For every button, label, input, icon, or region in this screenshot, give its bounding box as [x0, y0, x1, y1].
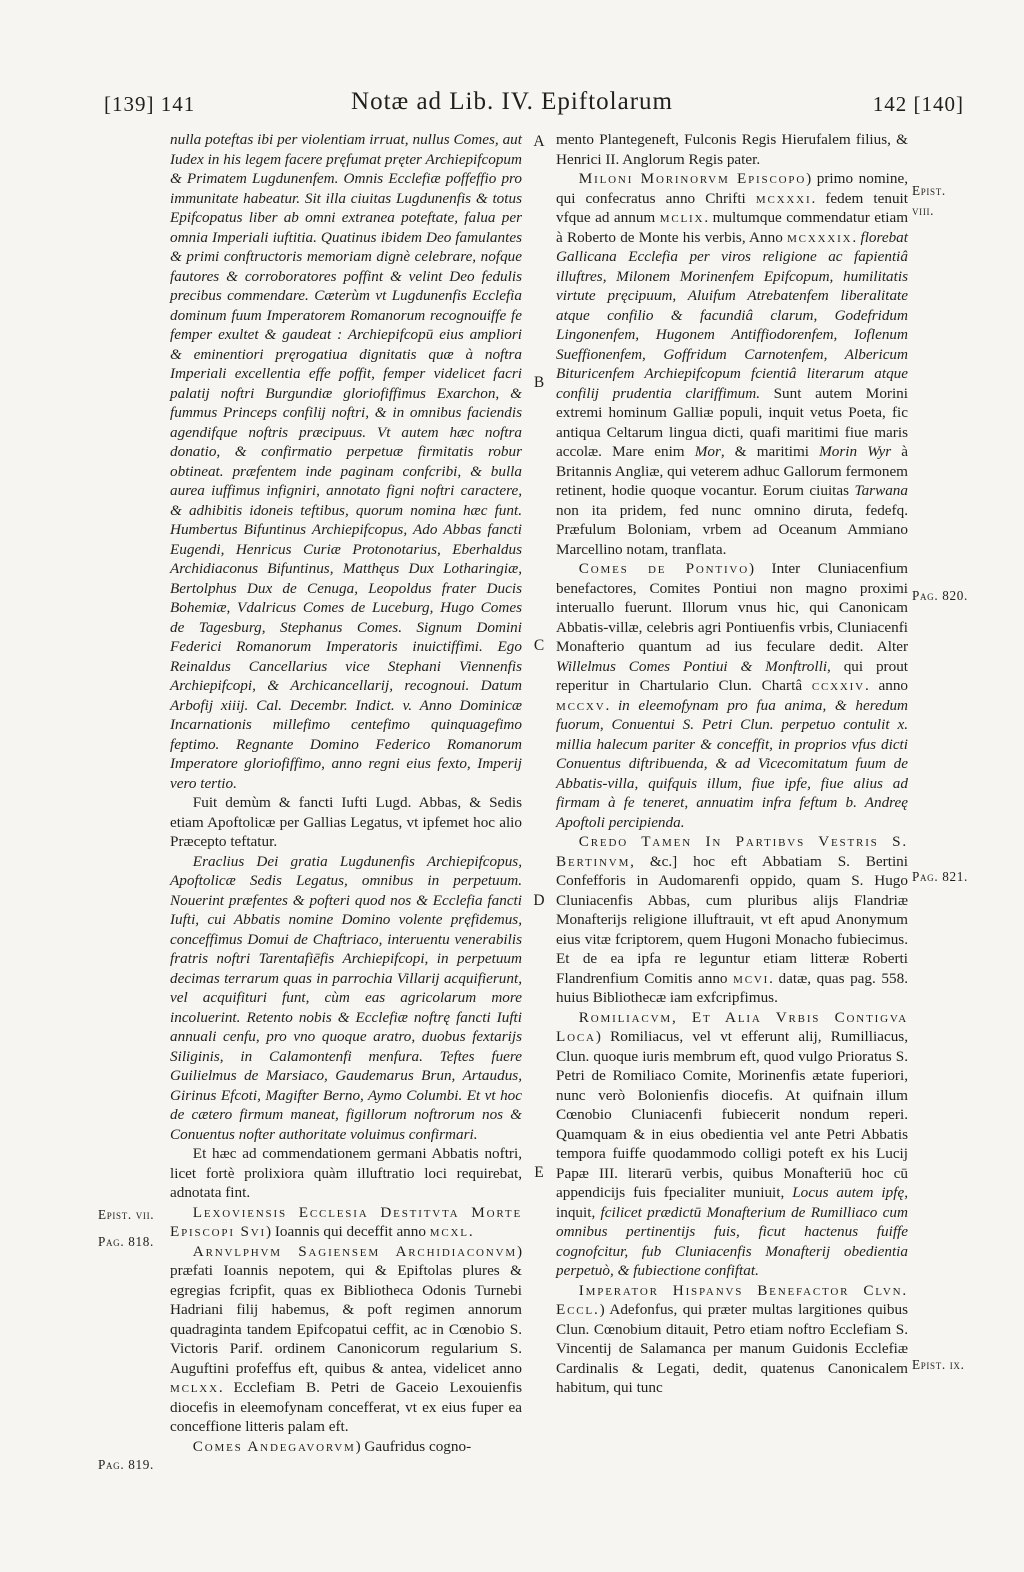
text-run: , & maritimi [721, 443, 819, 460]
text-run: florebat Gallicana Ecclefia per viros re… [556, 229, 908, 402]
lemma-heading: mcxxxix [787, 229, 852, 246]
paragraph: Et hæc ad commendationem germani Abbatis… [170, 1144, 522, 1203]
margin-note-2: Pag. 819. [98, 1457, 154, 1473]
paragraph: Comes Andegavorvm) Gaufridus cogno- [170, 1437, 522, 1457]
paragraph: Lexoviensis Ecclesia Destitvta Morte Epi… [170, 1203, 522, 1242]
text-run: Tarwana [855, 482, 908, 499]
margin-note-4: viii. [912, 203, 934, 219]
margin-note-5: Pag. 820. [912, 588, 968, 604]
text-run: Et hæc ad commendationem germani Abbatis… [170, 1145, 522, 1201]
paragraph: mento Plantegeneft, Fulconis Regis Hieru… [556, 130, 908, 169]
margin-note-6: Pag. 821. [912, 869, 968, 885]
text-run: . [469, 1223, 473, 1240]
text-run: Willelmus Comes Pontiui & Monftrolli [556, 658, 827, 675]
text-run: nulla poteftas ibi per violentiam irruat… [170, 131, 522, 792]
column-left: nulla poteftas ibi per violentiam irruat… [170, 130, 522, 1456]
paragraph: nulla poteftas ibi per violentiam irruat… [170, 130, 522, 793]
text-run: in eleemofynam pro fua anima, & heredum … [556, 697, 908, 831]
lemma-heading: Arnvlphvm Sagiensem Archidiaconvm [193, 1243, 517, 1260]
gutter-letter-d: D [528, 892, 550, 910]
margin-note-1: Pag. 818. [98, 1234, 154, 1250]
lemma-heading: mclix [660, 209, 705, 226]
lemma-heading: mcvi [733, 970, 769, 987]
lemma-heading: mcxl [430, 1223, 469, 1240]
margin-note-7: Epist. ix. [912, 1357, 965, 1373]
text-run: ) Gaufridus cogno- [356, 1438, 472, 1455]
paragraph: Miloni Morinorvm Episcopo) primo nomine,… [556, 169, 908, 559]
column-right: mento Plantegeneft, Fulconis Regis Hieru… [556, 130, 908, 1398]
text-run: mento Plantegeneft, Fulconis Regis Hieru… [556, 131, 908, 168]
gutter-letter-b: B [528, 374, 550, 392]
text-run: Eraclius Dei gratia Lugdunenfis Archiepi… [170, 853, 522, 1143]
gutter-letter-e: E [528, 1164, 550, 1182]
text-run: fcilicet prædictū Monafterium de Rumilli… [556, 1204, 908, 1280]
text-run: Fuit demùm & fancti Iufti Lugd. Abbas, &… [170, 794, 522, 850]
text-run: Mor [695, 443, 721, 460]
text-run: . anno [865, 677, 908, 694]
paragraph: Comes de Pontivo) Inter Cluniacenfium be… [556, 559, 908, 832]
text-run: Locus autem ipfę [792, 1184, 904, 1201]
gutter-letter-a: A [528, 133, 550, 151]
text-run: , &c.] hoc eft Abbatiam S. Bertini Confe… [556, 853, 908, 987]
paragraph: Imperator Hispanvs Benefactor Clvn. Eccl… [556, 1281, 908, 1398]
text-run: ) Ioannis qui deceffit anno [266, 1223, 430, 1240]
paragraph: Romiliacvm, Et Alia Vrbis Contigva Loca)… [556, 1008, 908, 1281]
lemma-heading: mclxx [170, 1379, 219, 1396]
text-run: . Ecclefiam B. Petri de Gaceio Lexouienf… [170, 1379, 522, 1435]
lemma-heading: ccxxiv [812, 677, 865, 694]
lemma-heading: Comes de Pontivo [579, 560, 749, 577]
text-run: ) Romiliacus, vel vt efferunt alij, Rumi… [556, 1028, 908, 1201]
right-folio-number: 142 [140] [873, 92, 964, 117]
paragraph: Eraclius Dei gratia Lugdunenfis Archiepi… [170, 852, 522, 1145]
text-run: . [605, 697, 617, 714]
margin-note-0: Epist. vii. [98, 1207, 154, 1223]
text-run: ) Adefonfus, qui præter multas largition… [556, 1301, 908, 1396]
paragraph: Credo Tamen In Partibvs Vestris S. Berti… [556, 832, 908, 1008]
book-page-scan: [139] 141 Notæ ad Lib. IV. Epiftolarum 1… [0, 0, 1024, 1572]
lemma-heading: mcxxxi [756, 190, 812, 207]
text-run: Morin Wyr [819, 443, 891, 460]
text-run: ) præfati Ioannis nepotem, qui & Epiftol… [170, 1243, 522, 1377]
lemma-heading: Miloni Morinorvm Episcopo [579, 170, 806, 187]
page-title: Notæ ad Lib. IV. Epiftolarum [0, 88, 1024, 116]
paragraph: Fuit demùm & fancti Iufti Lugd. Abbas, &… [170, 793, 522, 852]
text-run: non ita pridem, fed nunc omnino diruta, … [556, 502, 908, 558]
margin-note-3: Epist. [912, 183, 946, 199]
paragraph: Arnvlphvm Sagiensem Archidiaconvm) præfa… [170, 1242, 522, 1437]
gutter-letter-c: C [528, 637, 550, 655]
lemma-heading: mccxv [556, 697, 605, 714]
lemma-heading: Comes Andegavorvm [193, 1438, 356, 1455]
